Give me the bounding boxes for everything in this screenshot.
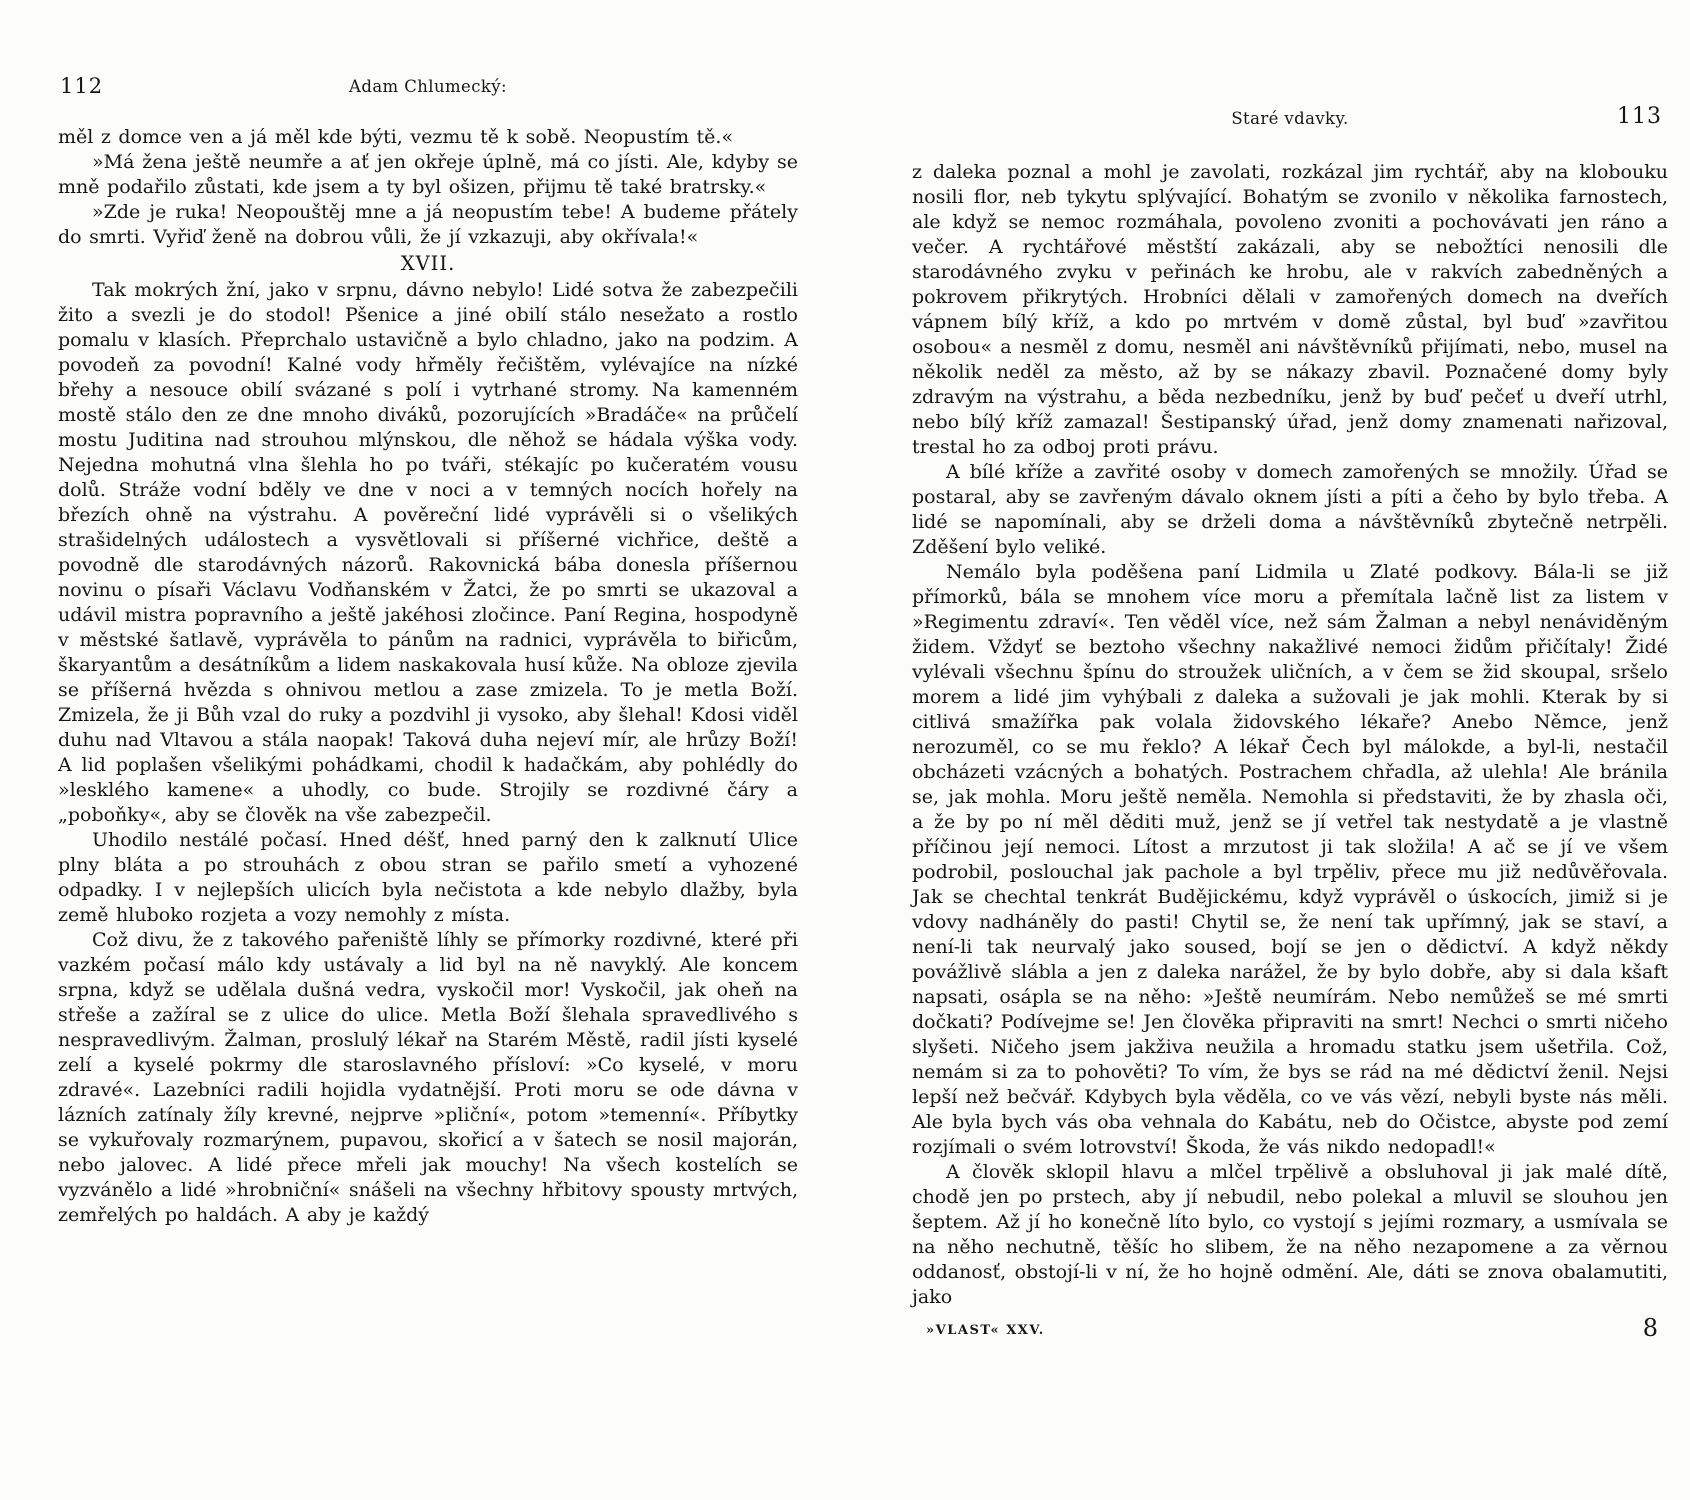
right-page-footer: »VLAST« XXV. 8 bbox=[912, 1318, 1668, 1338]
chapter-heading: XVII. bbox=[58, 251, 798, 276]
paragraph: Což divu, že z takového pařeniště líhly … bbox=[58, 928, 798, 1228]
left-page-body: měl z domce ven a já měl kde býti, vezmu… bbox=[58, 125, 798, 1228]
right-running-title: Staré vdavky. bbox=[912, 109, 1668, 128]
paragraph: A člověk sklopil hlavu a mlčel trpělivě … bbox=[912, 1160, 1668, 1310]
right-page-number: 113 bbox=[1617, 104, 1662, 129]
left-page: 112 Adam Chlumecký: měl z domce ven a já… bbox=[58, 74, 798, 1228]
paragraph: Uhodilo nestálé počasí. Hned déšť, hned … bbox=[58, 828, 798, 928]
right-page: Staré vdavky. 113 z daleka poznal a mohl… bbox=[912, 106, 1668, 1338]
journal-signature-mark: »VLAST« XXV. bbox=[912, 1323, 1045, 1338]
paragraph: »Zde je ruka! Neopouštěj mne a já neopus… bbox=[58, 200, 798, 250]
right-page-header: Staré vdavky. 113 bbox=[912, 106, 1668, 134]
left-page-header: 112 Adam Chlumecký: bbox=[58, 74, 798, 102]
paragraph: »Má žena ještě neumře a ať jen okřeje úp… bbox=[58, 150, 798, 200]
right-page-body: z daleka poznal a mohl je zavolati, rozk… bbox=[912, 160, 1668, 1310]
scanned-book-spread: 112 Adam Chlumecký: měl z domce ven a já… bbox=[0, 0, 1690, 1500]
paragraph: Tak mokrých žní, jako v srpnu, dávno neb… bbox=[58, 278, 798, 828]
sheet-number: 8 bbox=[1643, 1318, 1668, 1338]
paragraph: z daleka poznal a mohl je zavolati, rozk… bbox=[912, 160, 1668, 460]
paragraph: Nemálo byla poděšena paní Lidmila u Zlat… bbox=[912, 560, 1668, 1160]
paragraph: měl z domce ven a já měl kde býti, vezmu… bbox=[58, 125, 798, 150]
paragraph: A bílé kříže a zavřité osoby v domech za… bbox=[912, 460, 1668, 560]
left-running-title: Adam Chlumecký: bbox=[58, 77, 798, 96]
